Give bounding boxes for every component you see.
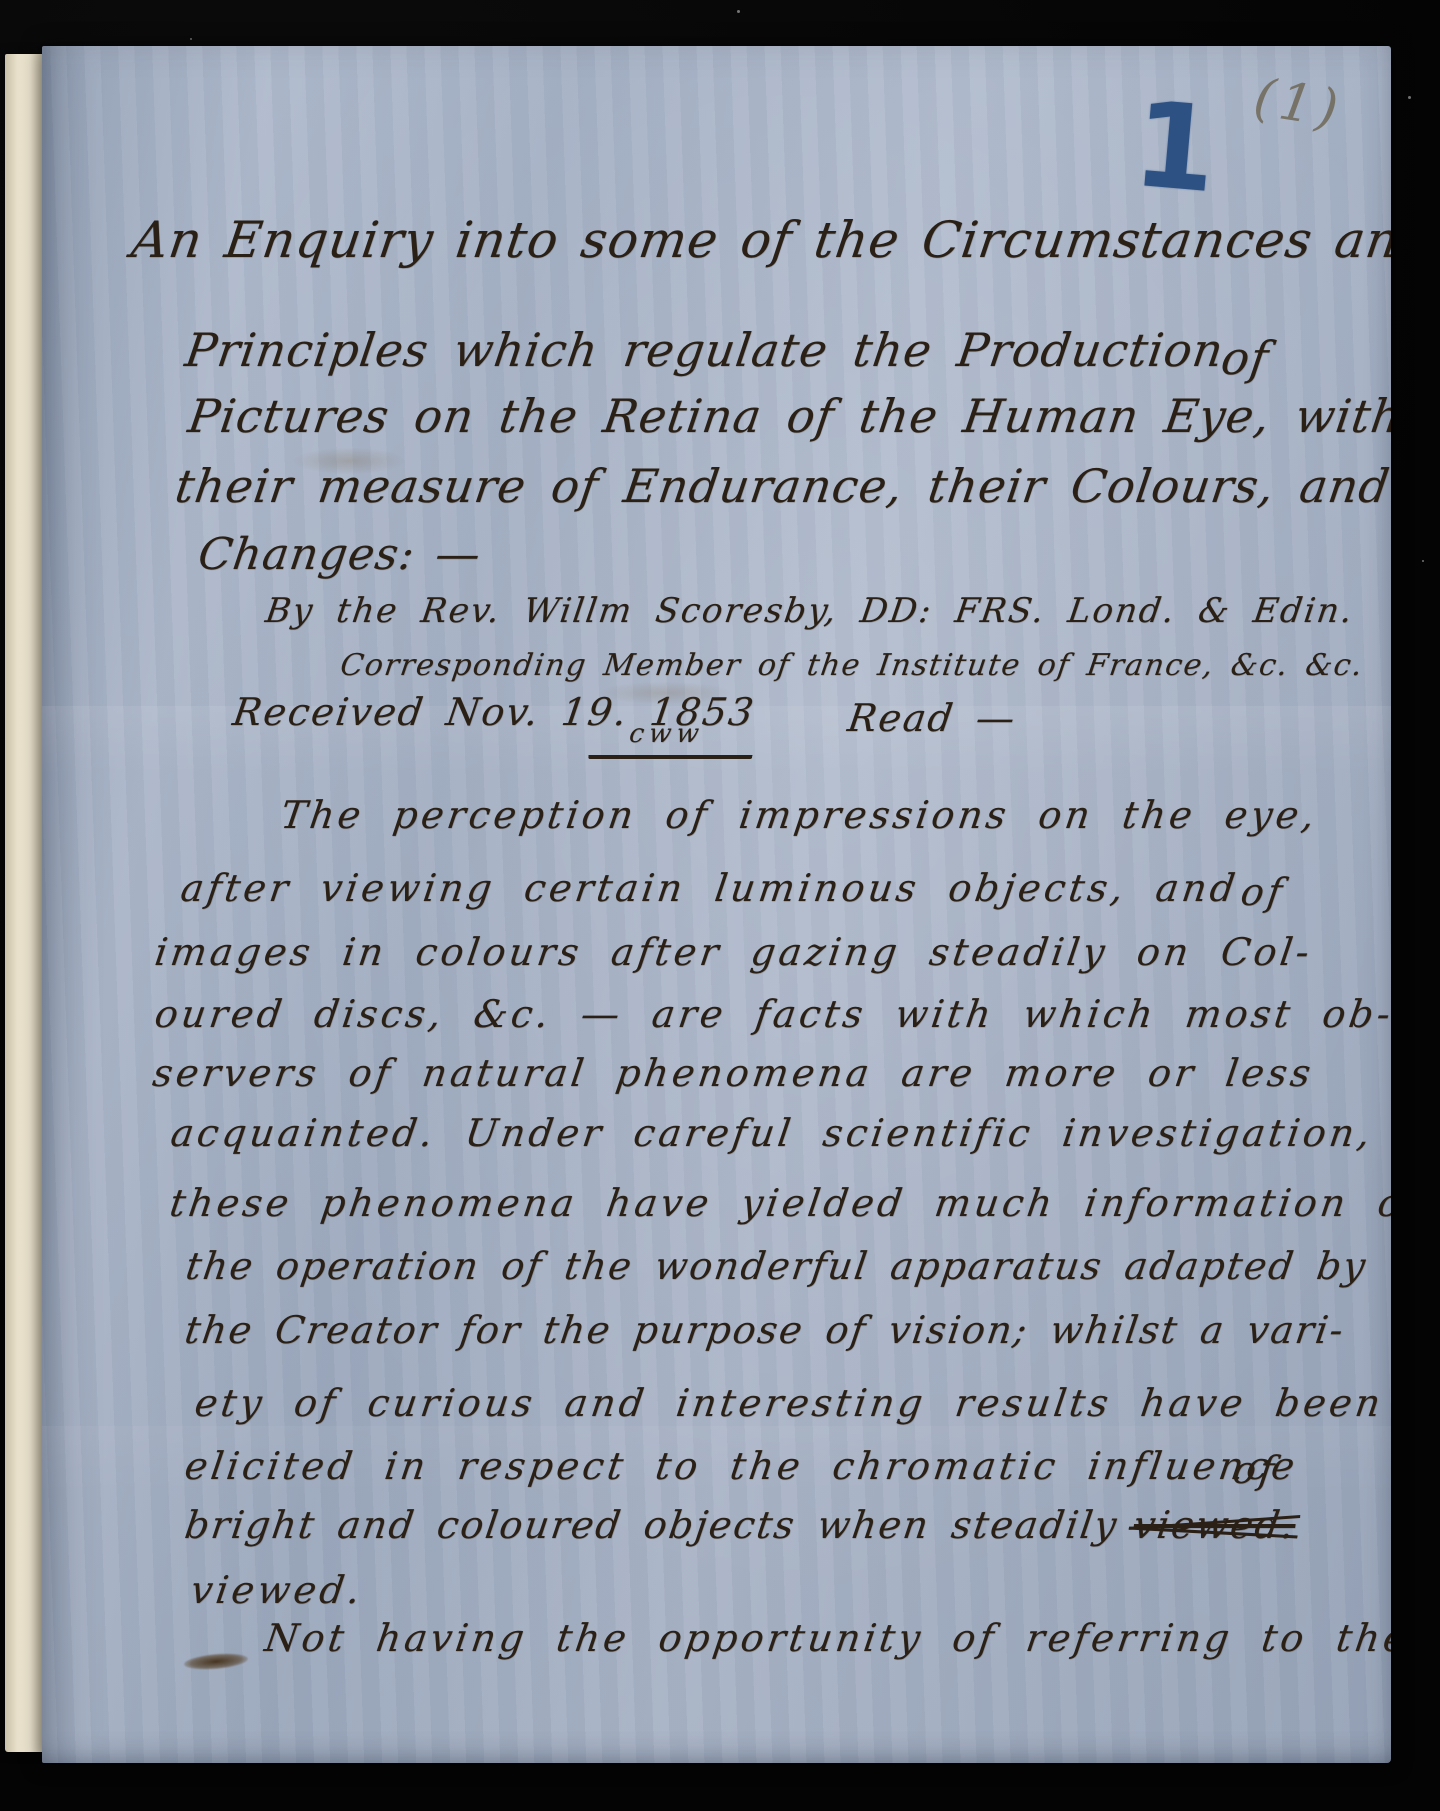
manuscript-line: after viewing certain luminous objects, … [178, 867, 1241, 911]
stain-spot [600, 682, 730, 704]
manuscript-text: An Enquiry into some of the Circumstance… [42, 46, 1391, 1763]
dust-speck [1422, 560, 1424, 562]
manuscript-line: Changes: — [195, 530, 484, 581]
dust-speck [190, 38, 192, 40]
manuscript-line: of [1218, 332, 1272, 385]
manuscript-line: these phenomena have yielded much inform… [167, 1182, 1391, 1226]
manuscript-line: of [1238, 871, 1288, 915]
dust-speck [737, 10, 740, 13]
manuscript-line: Principles which regulate the Production [182, 324, 1227, 377]
manuscript-line: the operation of the wonderful apparatus… [183, 1245, 1370, 1289]
manuscript-line: Corresponding Member of the Institute of… [338, 649, 1366, 684]
manuscript-line: elicited in respect to the chromatic inf… [182, 1445, 1301, 1489]
manuscript-line: ety of curious and interesting results h… [192, 1382, 1386, 1426]
manuscript-line: the Creator for the purpose of vision; w… [182, 1309, 1348, 1353]
manuscript-line: cww [588, 720, 758, 759]
manuscript-line: bright and coloured objects when steadil… [182, 1504, 1298, 1548]
photo-backdrop: 1 (1) An Enquiry into some of the Circum… [0, 0, 1440, 1811]
manuscript-line: oured discs, &c. — are facts with which … [152, 993, 1391, 1037]
manuscript-line: of [1230, 1449, 1280, 1493]
dust-speck [1408, 96, 1411, 99]
manuscript-line: By the Rev. Willm Scoresby, DD: FRS. Lon… [263, 592, 1356, 631]
manuscript-line: Pictures on the Retina of the Human Eye,… [185, 390, 1391, 443]
manuscript-page: 1 (1) An Enquiry into some of the Circum… [42, 46, 1391, 1763]
manuscript-line: The perception of impressions on the eye… [278, 794, 1320, 838]
manuscript-line: images in colours after gazing steadily … [152, 931, 1315, 975]
stain-spot [294, 448, 404, 474]
book-page-edge [5, 54, 47, 1752]
manuscript-line: servers of natural phenomena are more or… [150, 1052, 1317, 1096]
manuscript-line: acquainted. Under careful scientific inv… [168, 1112, 1376, 1156]
manuscript-line: Read — [845, 697, 1019, 741]
manuscript-line: viewed. [188, 1569, 366, 1613]
manuscript-line: An Enquiry into some of the Circumstance… [128, 212, 1391, 270]
manuscript-line: Not having the opportunity of referring … [262, 1617, 1391, 1661]
struck-word: viewed. [1131, 1504, 1299, 1548]
